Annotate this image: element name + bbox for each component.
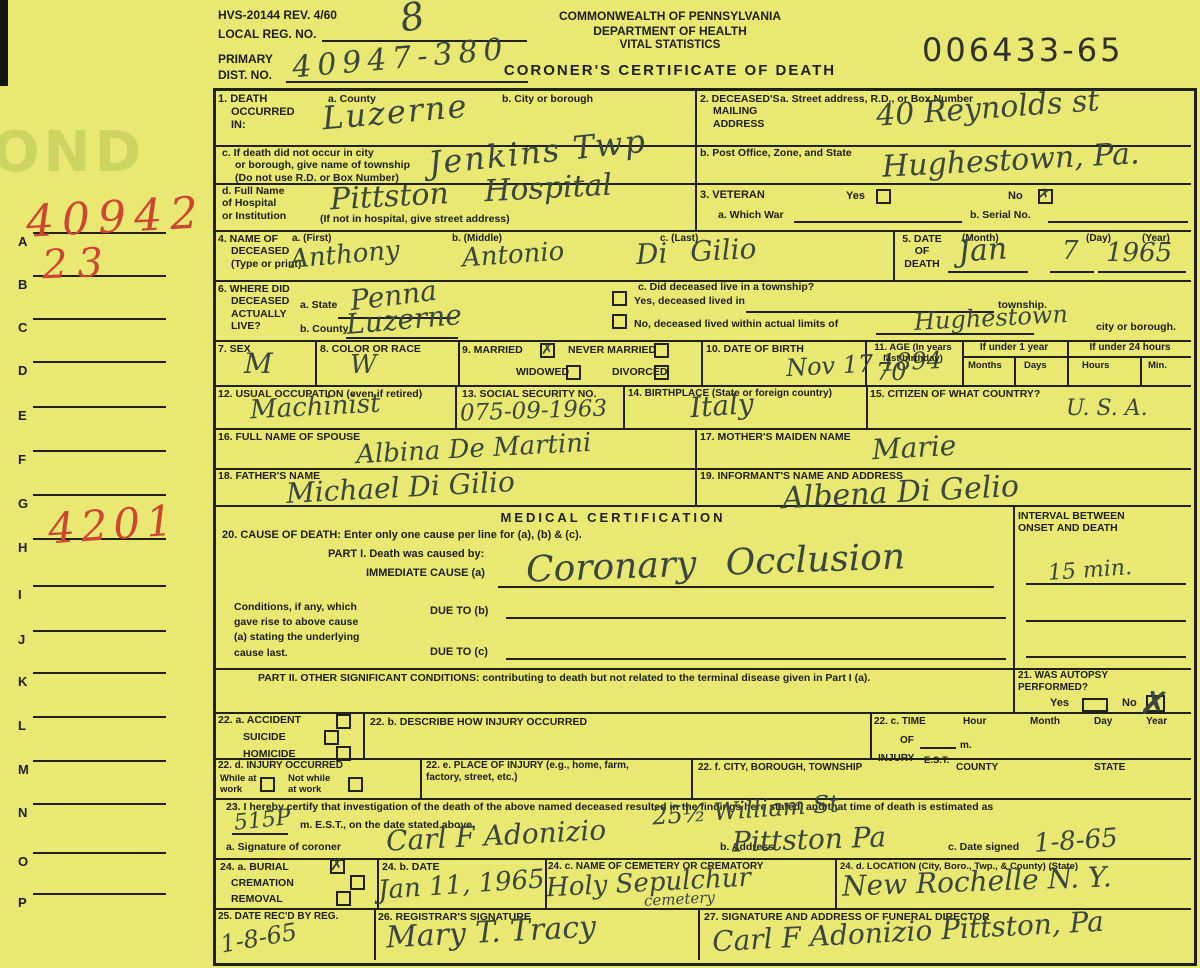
grid-line bbox=[214, 428, 1191, 430]
margin-line-c bbox=[33, 318, 166, 320]
box4-last-value: Di Gilio bbox=[635, 235, 757, 269]
margin-entry-b: 23 bbox=[41, 243, 113, 285]
grid-line bbox=[695, 88, 697, 230]
veteran-no-checkbox: ✗ bbox=[1038, 189, 1053, 204]
part1-label: PART I. Death was caused by: bbox=[328, 548, 484, 561]
margin-line-p bbox=[33, 893, 166, 895]
while-at-work-label: While at work bbox=[220, 773, 256, 795]
burial-checkbox: ✗ bbox=[330, 859, 345, 874]
serial-line bbox=[1048, 221, 1188, 223]
grid-line bbox=[893, 230, 895, 280]
autopsy-yes-checkbox bbox=[1082, 698, 1108, 712]
grid-line bbox=[374, 908, 376, 960]
box22c-time-label: 22. c. TIME bbox=[874, 716, 926, 728]
margin-entry-h: 4201 bbox=[47, 499, 181, 550]
accident-checkbox bbox=[336, 714, 351, 729]
box9-married-label: 9. MARRIED bbox=[462, 344, 523, 356]
box3-serial-label: b. Serial No. bbox=[970, 209, 1031, 221]
interval-value: 15 min. bbox=[1047, 557, 1132, 585]
conditions-note: Conditions, if any, which gave rise to a… bbox=[234, 600, 359, 661]
box15-citizen-value: U. S. A. bbox=[1066, 398, 1148, 420]
box2-postoffice-label: b. Post Office, Zone, and State bbox=[700, 147, 852, 159]
department-line: DEPARTMENT OF HEALTH bbox=[460, 24, 880, 38]
medical-certification-title: MEDICAL CERTIFICATION bbox=[433, 510, 793, 525]
box22e-place-label: 22. e. PLACE OF INJURY (e.g., home, farm… bbox=[426, 760, 629, 784]
box21-yes-label: Yes bbox=[1050, 697, 1069, 710]
box5-month-value: Jan bbox=[957, 234, 1008, 267]
grid-line bbox=[695, 428, 697, 505]
time-line bbox=[232, 833, 288, 835]
box14-birthplace-value: Italy bbox=[689, 390, 755, 422]
box1-hospital-label: d. Full Name of Hospital or Institution bbox=[222, 185, 286, 222]
box21-autopsy-label: 21. WAS AUTOPSY PERFORMED? bbox=[1018, 670, 1108, 694]
hour-label: Hour bbox=[963, 716, 986, 728]
interval-label: INTERVAL BETWEEN ONSET AND DEATH bbox=[1018, 510, 1125, 535]
day-label: Day bbox=[1094, 716, 1112, 728]
margin-line-d bbox=[33, 361, 166, 363]
grid-line bbox=[363, 712, 365, 758]
year-label: Year bbox=[1146, 716, 1167, 728]
box3-yes-label: Yes bbox=[846, 190, 865, 203]
grid-line bbox=[420, 758, 422, 798]
margin-letter-d: D bbox=[18, 363, 27, 378]
grid-line bbox=[214, 712, 1191, 714]
box5-day-value: 7 bbox=[1062, 238, 1079, 264]
grid-line bbox=[962, 356, 1191, 358]
margin-letter-p: P bbox=[18, 895, 27, 910]
month-label: Month bbox=[1030, 716, 1060, 728]
hours-label: Hours bbox=[1082, 360, 1109, 371]
box24-cremation-label: CREMATION bbox=[231, 877, 294, 889]
margin-line-i bbox=[33, 585, 166, 587]
grid-line bbox=[698, 908, 700, 960]
not-while-at-work-label: Not while at work bbox=[288, 773, 330, 795]
while-at-work-checkbox bbox=[260, 777, 275, 792]
box11-age-value: 70 bbox=[876, 360, 907, 384]
box22d-label: 22. d. INJURY OCCURRED bbox=[218, 760, 343, 772]
box8-race-value: W bbox=[350, 352, 377, 378]
box3-war-label: a. Which War bbox=[718, 209, 784, 221]
grid-line bbox=[455, 385, 457, 428]
min-label: Min. bbox=[1148, 360, 1167, 371]
box6-label: 6. WHERE DID DECEASED ACTUALLY LIVE? bbox=[218, 283, 290, 333]
box5-label: 5. DATE OF DEATH bbox=[897, 233, 947, 270]
m-label: m. bbox=[960, 740, 972, 752]
x-mark: ✗ bbox=[330, 857, 343, 873]
box1-city-label: b. City or borough bbox=[502, 93, 593, 105]
box13-ssn-value: 075-09-1963 bbox=[460, 397, 608, 425]
grid-line bbox=[1013, 505, 1015, 712]
box5-year-value: 1965 bbox=[1106, 240, 1172, 266]
commonwealth-line: COMMONWEALTH OF PENNSYLVANIA bbox=[460, 9, 880, 23]
box6-city-suffix: city or borough. bbox=[1096, 321, 1176, 333]
suicide-checkbox bbox=[324, 730, 339, 745]
margin-letter-k: K bbox=[18, 674, 27, 689]
box23-date-label: c. Date signed bbox=[948, 841, 1019, 853]
grid-line bbox=[623, 385, 625, 428]
local-reg-label: LOCAL REG. NO. bbox=[218, 27, 316, 41]
margin-letter-f: F bbox=[18, 452, 26, 467]
never-married-checkbox bbox=[654, 343, 669, 358]
box17-mother-value: Marie bbox=[871, 432, 957, 464]
box22f-city-label: 22. f. CITY, BOROUGH, TOWNSHIP bbox=[698, 762, 862, 774]
box6-township-question: c. Did deceased live in a township? bbox=[638, 281, 814, 293]
local-reg-value: 8 bbox=[397, 0, 427, 38]
dist-no-label: DIST. NO. bbox=[218, 68, 272, 82]
grid-line bbox=[458, 340, 460, 385]
box22a-accident-label: 22. a. ACCIDENT bbox=[218, 714, 301, 726]
autopsy-no-checkbox: ✗ bbox=[1146, 695, 1165, 712]
days-label: Days bbox=[1024, 360, 1047, 371]
box22f-county-label: COUNTY bbox=[956, 762, 998, 774]
box7-sex-value: M bbox=[244, 350, 273, 378]
under-1-year-label: If under 1 year bbox=[964, 342, 1064, 354]
divorced-checkbox bbox=[654, 365, 669, 380]
box15-citizen-label: 15. CITIZEN OF WHAT COUNTRY? bbox=[870, 388, 1040, 400]
box17-mother-label: 17. MOTHER'S MAIDEN NAME bbox=[700, 431, 851, 443]
paper-watermark: OND bbox=[0, 120, 145, 185]
lived-township-yes-checkbox bbox=[612, 291, 627, 306]
grid-line bbox=[701, 340, 703, 385]
box20-cause-label: 20. CAUSE OF DEATH: Enter only one cause… bbox=[222, 529, 582, 542]
time-of-injury-line bbox=[920, 747, 956, 749]
primary-label: PRIMARY bbox=[218, 52, 273, 66]
due-to-c-label: DUE TO (c) bbox=[430, 646, 488, 659]
box9-never-married-label: NEVER MARRIED bbox=[568, 344, 656, 356]
grid-line bbox=[214, 858, 1191, 860]
box3-veteran-label: 3. VETERAN bbox=[700, 189, 765, 202]
cremation-checkbox bbox=[350, 875, 365, 890]
lived-township-no-checkbox bbox=[612, 314, 627, 329]
margin-entry-a: 40942 bbox=[25, 191, 207, 244]
date-signed-value: 1-8-65 bbox=[1033, 825, 1118, 857]
box6-county-label: b. County bbox=[300, 323, 348, 335]
margin-letter-l: L bbox=[18, 718, 26, 733]
box22c-injury-label: INJURY bbox=[878, 753, 914, 765]
margin-letter-o: O bbox=[18, 854, 28, 869]
day-line bbox=[1050, 271, 1094, 273]
x-mark: ✗ bbox=[1036, 186, 1052, 204]
scan-edge-artifact bbox=[0, 0, 8, 86]
margin-line-e bbox=[33, 406, 166, 408]
box22f-state-label: STATE bbox=[1094, 762, 1125, 774]
box4-middle-value: Antonio bbox=[461, 238, 565, 271]
margin-letter-g: G bbox=[18, 496, 28, 511]
box6-yes-label: Yes, deceased lived in bbox=[634, 295, 745, 307]
year-line bbox=[1098, 271, 1186, 273]
margin-letter-j: J bbox=[18, 632, 25, 647]
box1-label: 1. DEATH OCCURRED IN: bbox=[218, 93, 295, 132]
cemetery-value-2: cemetery bbox=[644, 890, 716, 909]
margin-line-g bbox=[33, 494, 166, 496]
box6-state-label: a. State bbox=[300, 299, 337, 311]
form-number: HVS-20144 REV. 4/60 bbox=[218, 8, 337, 22]
box16-spouse-label: 16. FULL NAME OF SPOUSE bbox=[218, 431, 360, 443]
margin-letter-e: E bbox=[18, 408, 27, 423]
margin-letter-c: C bbox=[18, 320, 27, 335]
grid-line bbox=[214, 385, 1191, 387]
box22b-describe-label: 22. b. DESCRIBE HOW INJURY OCCURRED bbox=[370, 716, 587, 728]
margin-letter-i: I bbox=[18, 587, 22, 602]
grid-line bbox=[214, 758, 1191, 760]
immediate-cause-label: IMMEDIATE CAUSE (a) bbox=[366, 567, 485, 580]
grid-line bbox=[315, 340, 317, 385]
due-to-c-line bbox=[506, 658, 1006, 660]
grid-line bbox=[835, 858, 837, 908]
widowed-checkbox bbox=[566, 365, 581, 380]
grid-line bbox=[1140, 356, 1142, 385]
removal-checkbox bbox=[336, 891, 351, 906]
not-while-at-work-checkbox bbox=[348, 777, 363, 792]
grid-line bbox=[691, 758, 693, 798]
box24-burial-label: 24. a. BURIAL bbox=[220, 861, 289, 873]
month-line bbox=[948, 271, 1028, 273]
margin-line-k bbox=[33, 672, 166, 674]
death-certificate-page: OND A B C D E F G H I J K L M N O P 4094… bbox=[0, 0, 1200, 968]
box3-no-label: No bbox=[1008, 190, 1023, 203]
margin-line-m bbox=[33, 760, 166, 762]
interval-line-2 bbox=[1026, 620, 1186, 622]
part2-label: PART II. OTHER SIGNIFICANT CONDITIONS: c… bbox=[258, 672, 870, 684]
margin-line-l bbox=[33, 716, 166, 718]
margin-letter-n: N bbox=[18, 805, 27, 820]
box9-widowed-label: WIDOWED bbox=[516, 366, 569, 378]
certificate-title: CORONER'S CERTIFICATE OF DEATH bbox=[430, 62, 910, 80]
box12-occupation-value: Machinist bbox=[249, 391, 381, 424]
certificate-number: 006433-65 bbox=[922, 34, 1123, 66]
x-mark: ✗ bbox=[541, 342, 554, 357]
coroner-address: Pittston Pa bbox=[732, 823, 887, 856]
under-24-hours-label: If under 24 hours bbox=[1068, 342, 1192, 354]
months-label: Months bbox=[968, 360, 1002, 371]
margin-letter-m: M bbox=[18, 762, 29, 777]
grid-line bbox=[214, 230, 1191, 232]
box1-township-label: c. If death did not occur in city or bor… bbox=[222, 147, 410, 184]
married-checkbox: ✗ bbox=[540, 343, 555, 358]
box21-no-label: No bbox=[1122, 697, 1137, 710]
box2-label: 2. DECEASED'S MAILING ADDRESS bbox=[700, 93, 781, 130]
grid-line bbox=[866, 385, 868, 428]
due-to-b-label: DUE TO (b) bbox=[430, 605, 488, 618]
homicide-checkbox bbox=[336, 746, 351, 761]
veteran-yes-checkbox bbox=[876, 189, 891, 204]
due-to-b-line bbox=[506, 617, 1006, 619]
war-line bbox=[794, 221, 962, 223]
margin-line-f bbox=[33, 450, 166, 452]
vital-statistics-line: VITAL STATISTICS bbox=[460, 39, 880, 53]
box23-time-value: 515P bbox=[233, 807, 292, 835]
box23-signature-label: a. Signature of coroner bbox=[226, 841, 341, 853]
box22a-homicide-label: HOMICIDE bbox=[243, 748, 296, 760]
margin-line-o bbox=[33, 852, 166, 854]
grid-line bbox=[870, 712, 872, 758]
margin-line-j bbox=[33, 630, 166, 632]
box6-no-label: No, deceased lived within actual limits … bbox=[634, 318, 838, 330]
margin-letter-h: H bbox=[18, 540, 27, 555]
margin-line-n bbox=[33, 803, 166, 805]
est-label: E.S.T. bbox=[924, 755, 949, 766]
box23-certify-text: 23. I hereby certify that investigation … bbox=[226, 801, 993, 813]
margin-letter-b: B bbox=[18, 277, 27, 292]
box22a-suicide-label: SUICIDE bbox=[243, 731, 286, 743]
box22c-of-label: OF bbox=[900, 735, 914, 747]
box24-removal-label: REMOVAL bbox=[231, 893, 283, 905]
interval-line-3 bbox=[1026, 656, 1186, 658]
grid-line bbox=[1014, 356, 1016, 385]
